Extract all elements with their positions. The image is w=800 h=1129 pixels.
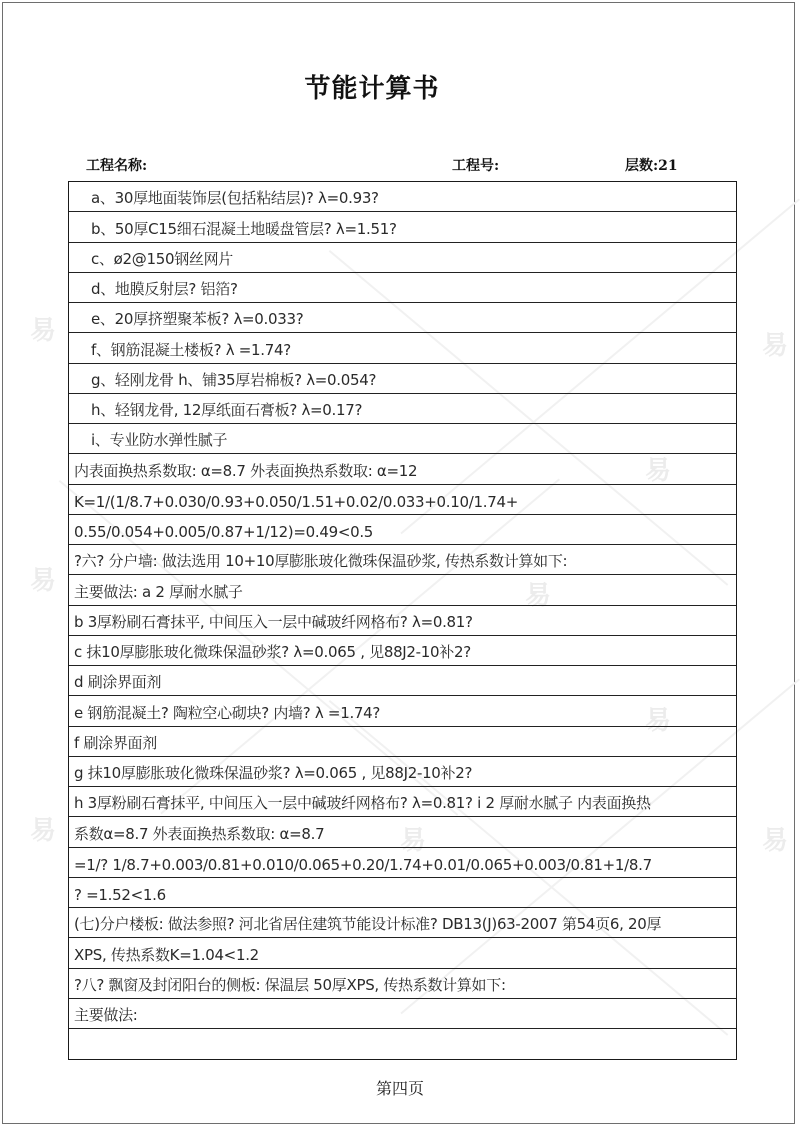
table-row: d、地膜反射层? 铝箔?	[69, 273, 736, 303]
table-row: e 钢筋混凝土? 陶粒空心砌块? 内墙? λ =1.74?	[69, 696, 736, 726]
page-number: 第四页	[0, 1076, 800, 1099]
floors-label: 层数:21	[625, 155, 678, 177]
table-row: d 刷涂界面剂	[69, 666, 736, 696]
table-row: ?六? 分户墙: 做法选用 10+10厚膨胀玻化微珠保温砂浆, 传热系数计算如下…	[69, 545, 736, 575]
table-row: ?八? 飘窗及封闭阳台的侧板: 保温层 50厚XPS, 传热系数计算如下:	[69, 969, 736, 999]
table-row: b 3厚粉刷石膏抹平, 中间压入一层中碱玻纤网格布? λ=0.81?	[69, 606, 736, 636]
table-row: e、20厚挤塑聚苯板? λ=0.033?	[69, 303, 736, 333]
project-number-label: 工程号:	[452, 155, 499, 177]
table-row: 0.55/0.054+0.005/0.87+1/12)=0.49<0.5	[69, 515, 736, 545]
table-row: ? =1.52<1.6	[69, 878, 736, 908]
table-row: =1/? 1/8.7+0.003/0.81+0.010/0.065+0.20/1…	[69, 848, 736, 878]
calculation-table: a、30厚地面装饰层(包括粘结层)? λ=0.93? b、50厚C15细石混凝土…	[68, 181, 737, 1060]
table-row: g 抹10厚膨胀玻化微珠保温砂浆? λ=0.065 , 见88J2-10补2?	[69, 757, 736, 787]
table-row: XPS, 传热系数K=1.04<1.2	[69, 938, 736, 968]
table-row: g、轻刚龙骨 h、铺35厚岩棉板? λ=0.054?	[69, 364, 736, 394]
table-row: c、ø2@150钢丝网片	[69, 243, 736, 273]
table-row: c 抹10厚膨胀玻化微珠保温砂浆? λ=0.065 , 见88J2-10补2?	[69, 636, 736, 666]
table-row: 内表面换热系数取: α=8.7 外表面换热系数取: α=12	[69, 454, 736, 484]
table-row: 系数α=8.7 外表面换热系数取: α=8.7	[69, 817, 736, 847]
table-row: a、30厚地面装饰层(包括粘结层)? λ=0.93?	[69, 182, 736, 212]
table-row: 主要做法:	[69, 999, 736, 1029]
project-name-label: 工程名称:	[86, 155, 147, 177]
table-row: h 3厚粉刷石膏抹平, 中间压入一层中碱玻纤网格布? λ=0.81? i 2 厚…	[69, 787, 736, 817]
table-row: K=1/(1/8.7+0.030/0.93+0.050/1.51+0.02/0.…	[69, 485, 736, 515]
table-row: b、50厚C15细石混凝土地暖盘管层? λ=1.51?	[69, 212, 736, 242]
table-row: i、专业防水弹性腻子	[69, 424, 736, 454]
table-row: f、钢筋混凝土楼板? λ =1.74?	[69, 333, 736, 363]
table-row: (七)分户楼板: 做法参照? 河北省居住建筑节能设计标准? DB13(J)63-…	[69, 908, 736, 938]
table-row	[69, 1029, 736, 1059]
table-row: h、轻钢龙骨, 12厚纸面石膏板? λ=0.17?	[69, 394, 736, 424]
table-row: f 刷涂界面剂	[69, 727, 736, 757]
table-row: 主要做法: a 2 厚耐水腻子	[69, 575, 736, 605]
document-title: 节能计算书	[0, 68, 744, 105]
